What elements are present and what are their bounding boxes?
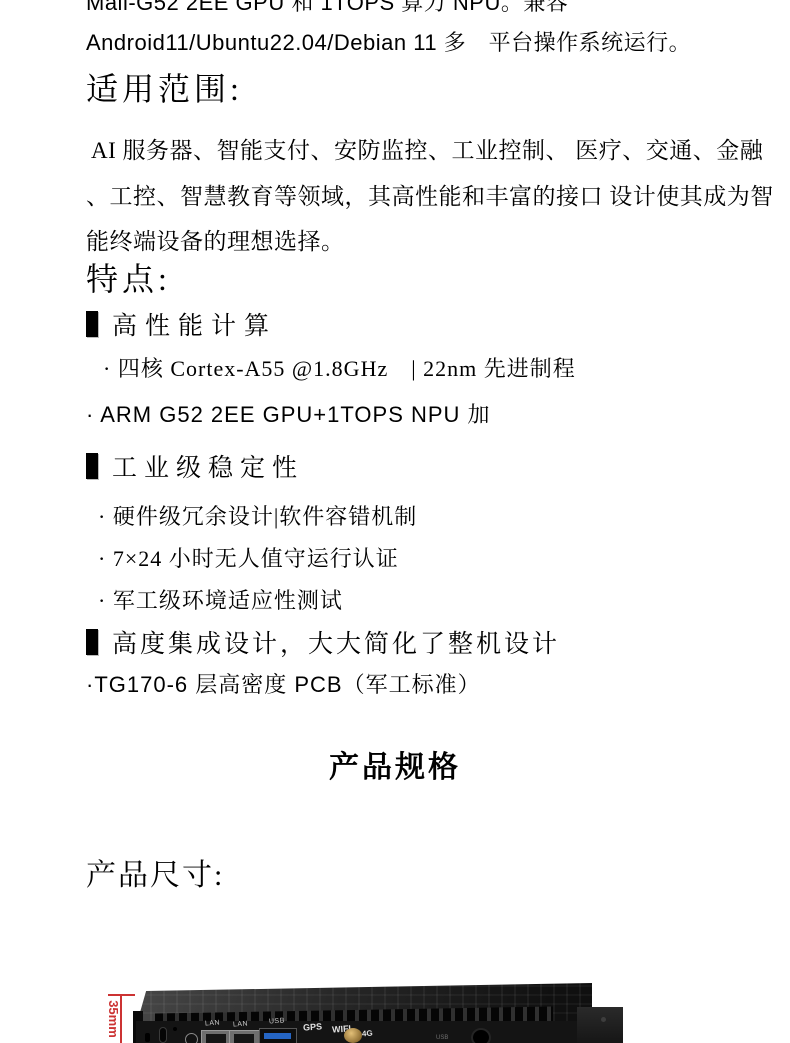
antenna-connector-icon (344, 1028, 362, 1043)
product-size-heading: 产品尺寸: (86, 850, 224, 894)
4g-silkscreen-label: 4G (362, 1029, 373, 1039)
product-spec-heading: 产品规格 (0, 742, 790, 786)
gps-silkscreen-label: GPS (303, 1021, 323, 1032)
section-marker-bar-icon (86, 453, 98, 479)
scope-paragraph-line-2: 、工控、智慧教育等领域，其高性能和丰富的接口 设计使其成为智 (86, 178, 774, 211)
lan2-silkscreen-label: LAN (233, 1020, 249, 1028)
feature-group-title: 工业级稳定性 (112, 455, 304, 482)
usb-silkscreen-label: USB (269, 1017, 285, 1025)
intro-text-line-2: Android11/Ubuntu22.04/Debian 11 多 平台操作系统… (86, 26, 691, 57)
feature-group-title: 高度集成设计，大大简化了整机设计 (112, 631, 560, 658)
device-right-side (577, 1007, 623, 1043)
bullet-cpu: · 四核 Cortex-A55 @1.8GHz | 22nm 先进制程 (103, 352, 576, 383)
features-heading: 特点: (86, 254, 171, 300)
feature-group-integration: 高度集成设计，大大简化了整机设计 (86, 624, 560, 660)
bullet-redundancy: · 硬件级冗余设计|软件容错机制 (98, 500, 417, 531)
bullet-gpu-npu: · ARM G52 2EE GPU+1TOPS NPU 加 (86, 398, 491, 429)
rj45-jack (234, 1034, 254, 1043)
lan-port-1 (201, 1030, 232, 1043)
usb-port (259, 1028, 297, 1043)
scope-paragraph-line-3: 能终端设备的理想选择。 (86, 223, 345, 256)
section-marker-bar-icon (86, 629, 98, 655)
feature-group-stability: 工业级稳定性 (86, 448, 304, 484)
scope-heading: 适用范围: (86, 64, 243, 110)
round-connector-icon (471, 1028, 491, 1043)
intro-text-line-1: Mali-G52 2EE GPU 和 1TOPS 算力 NPU。兼容 (86, 0, 568, 17)
bullet-7x24: · 7×24 小时无人值守运行认证 (98, 542, 399, 573)
bullet-pcb: ·TG170-6 层高密度 PCB（军工标准） (86, 668, 481, 699)
bullet-military-test: · 军工级环境适应性测试 (98, 584, 343, 615)
usb3-tongue (264, 1033, 291, 1039)
reset-slot (159, 1027, 167, 1043)
screw-icon (601, 1017, 606, 1022)
ground-terminal-icon (185, 1033, 198, 1043)
usb2-silkscreen-label: USB (436, 1035, 448, 1041)
section-marker-bar-icon (86, 311, 98, 337)
lan1-silkscreen-label: LAN (205, 1019, 221, 1027)
rj45-jack (206, 1034, 226, 1043)
dimension-label: 35mm (107, 999, 121, 1039)
product-photo: LAN LAN USB GPS WIFI 4G USB (133, 983, 625, 1043)
scope-paragraph-line-1: AI 服务器、智能支付、安防监控、工业控制、 医疗、交通、金融 (86, 132, 763, 165)
lan-port-2 (229, 1030, 260, 1043)
feature-group-performance: 高性能计算 (86, 306, 277, 342)
power-led-hole (145, 1033, 150, 1042)
feature-group-title: 高性能计算 (112, 313, 277, 340)
mic-hole (173, 1027, 177, 1031)
